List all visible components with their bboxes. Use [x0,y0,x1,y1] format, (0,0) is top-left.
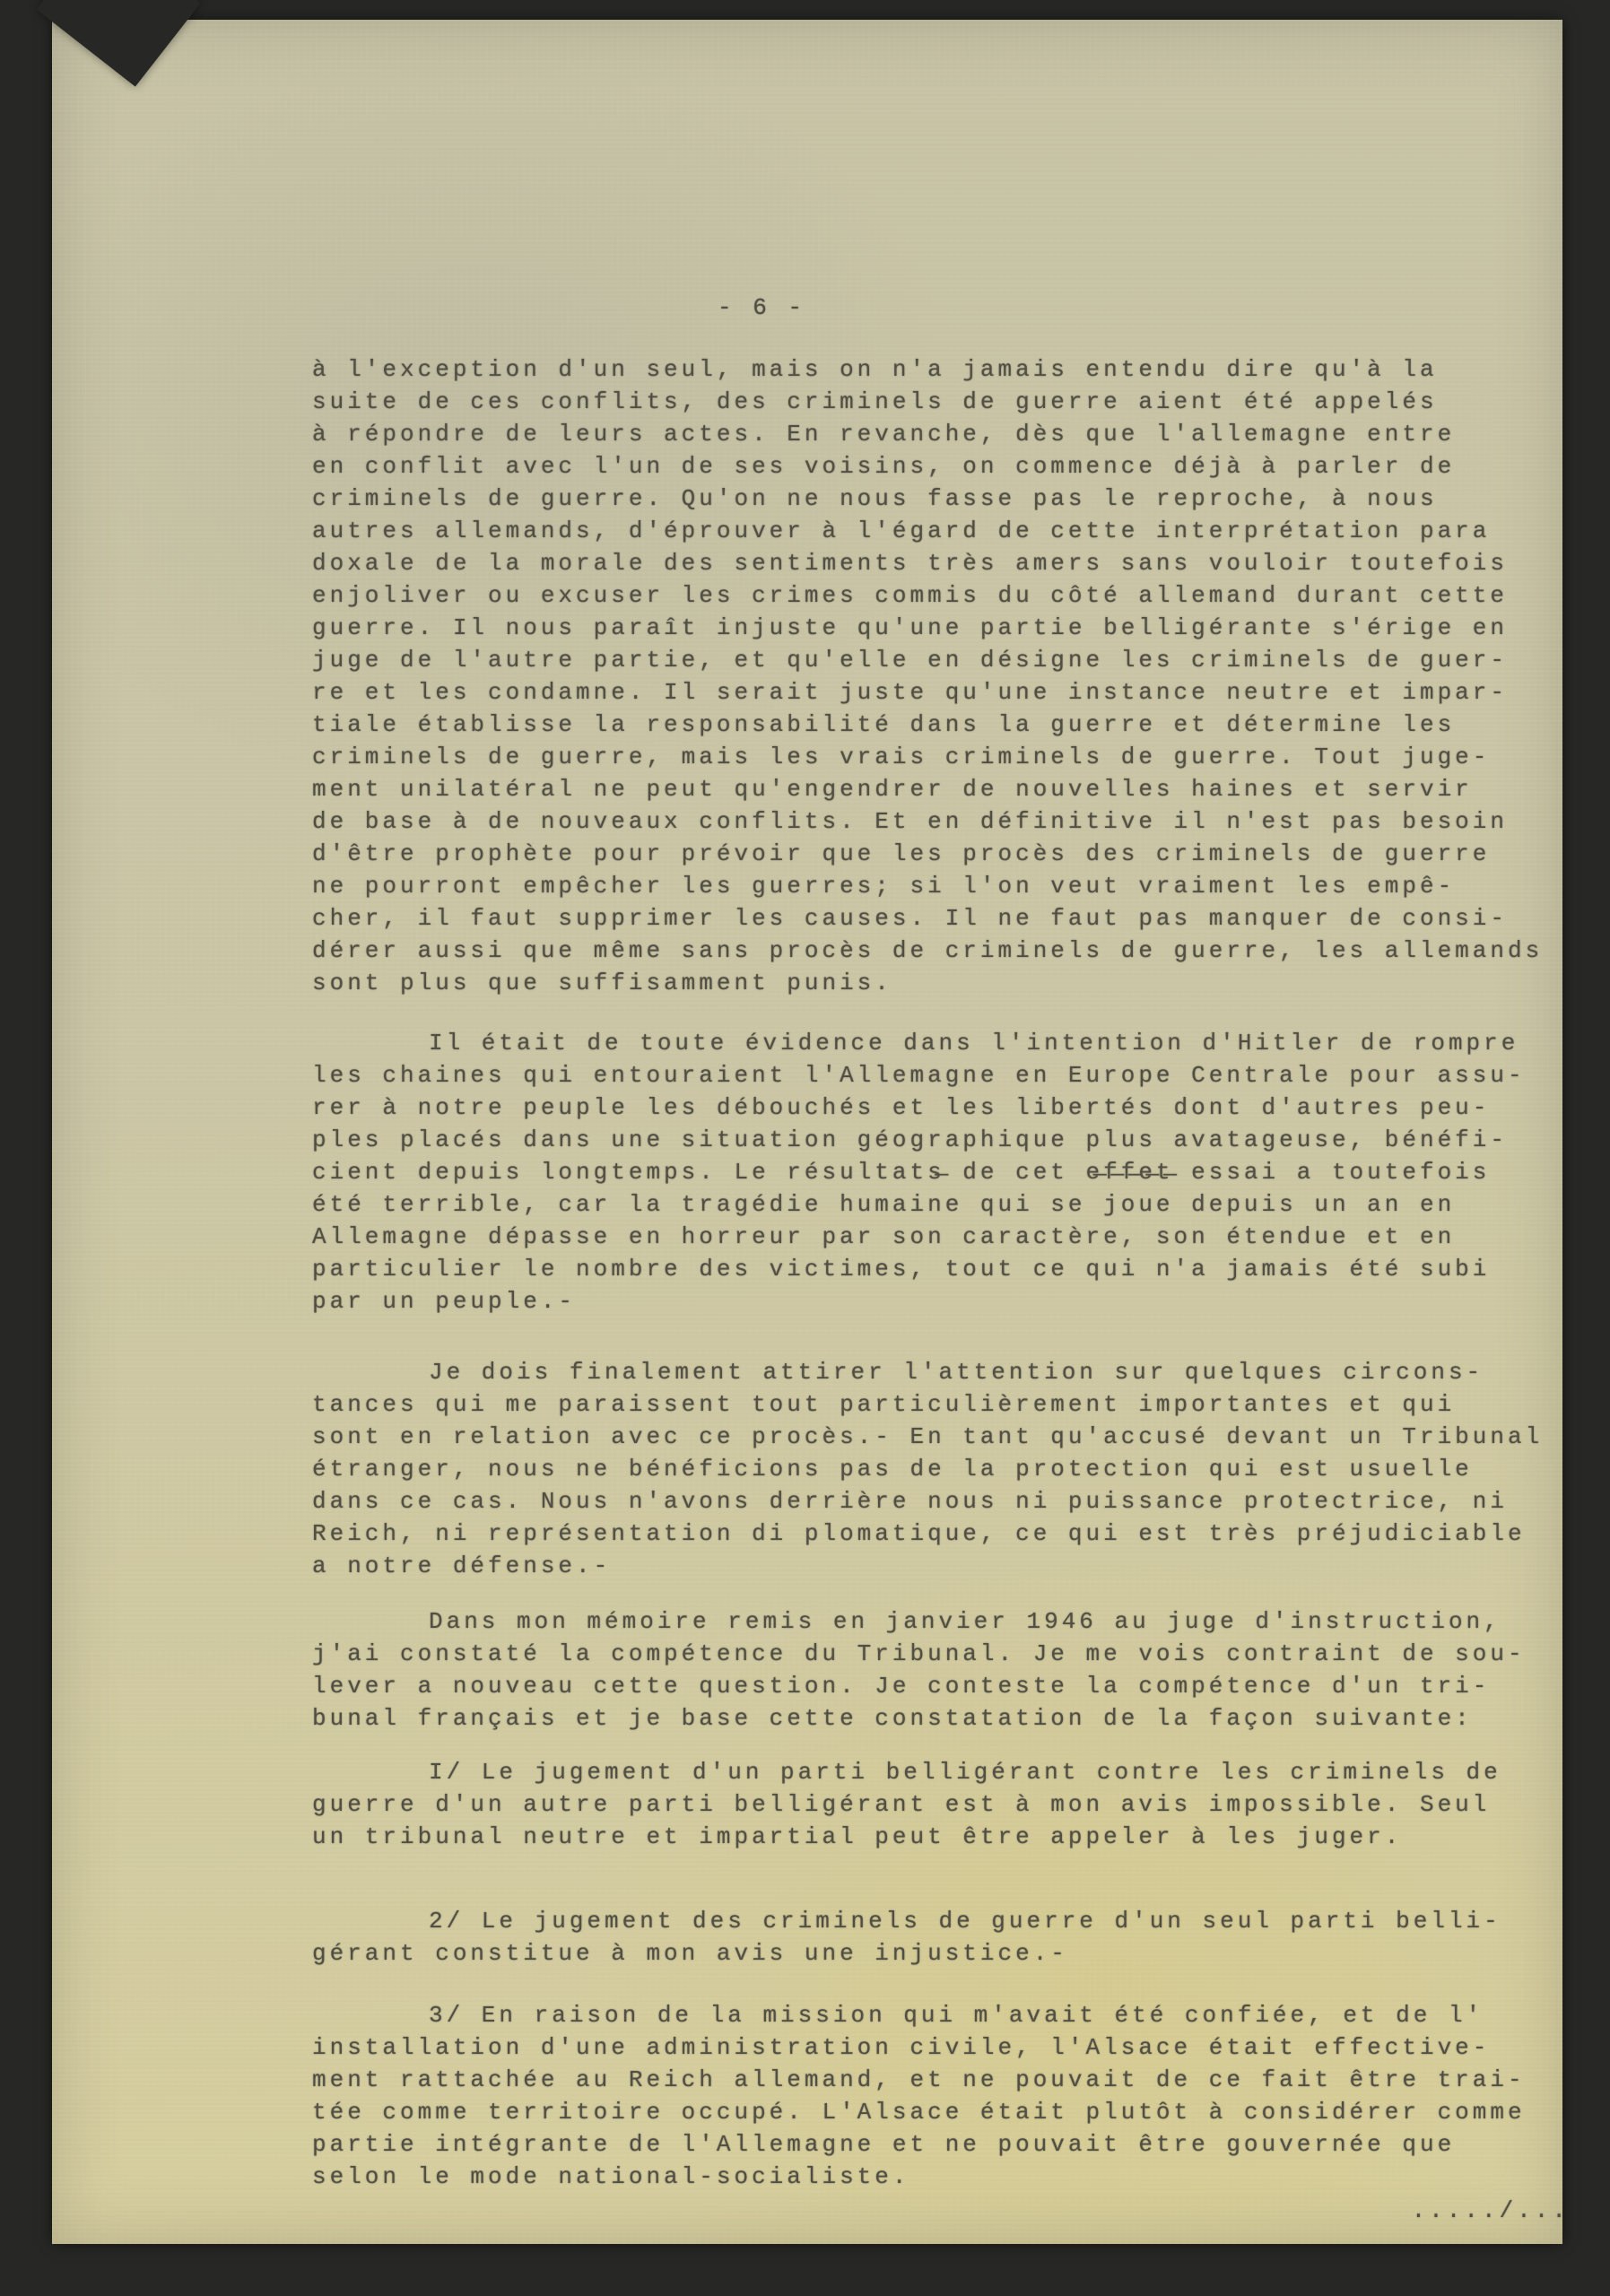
numbered-item-1: I/ Le jugement d'un parti belligérant co… [312,1756,1610,1853]
paragraph-memoire: Dans mon mémoire remis en janvier 1946 a… [312,1605,1610,1735]
continuation-mark: ...../... [312,2195,1610,2227]
document-text-column: à l'exception d'un seul, mais on n'a jam… [312,353,1610,2227]
paragraph-hitler-intention: Il était de toute évidence dans l'intent… [312,1027,1610,1318]
paragraph-continuation: à l'exception d'un seul, mais on n'a jam… [312,353,1610,999]
scanned-page: - 6 - à l'exception d'un seul, mais on n… [52,20,1562,2244]
scanner-background: - 6 - à l'exception d'un seul, mais on n… [0,0,1610,2296]
paragraph-circumstances: Je dois finalement attirer l'attention s… [312,1356,1610,1582]
numbered-item-2: 2/ Le jugement des criminels de guerre d… [312,1905,1610,1970]
numbered-item-3: 3/ En raison de la mission qui m'avait é… [312,1999,1610,2193]
page-number: - 6 - [718,294,805,321]
